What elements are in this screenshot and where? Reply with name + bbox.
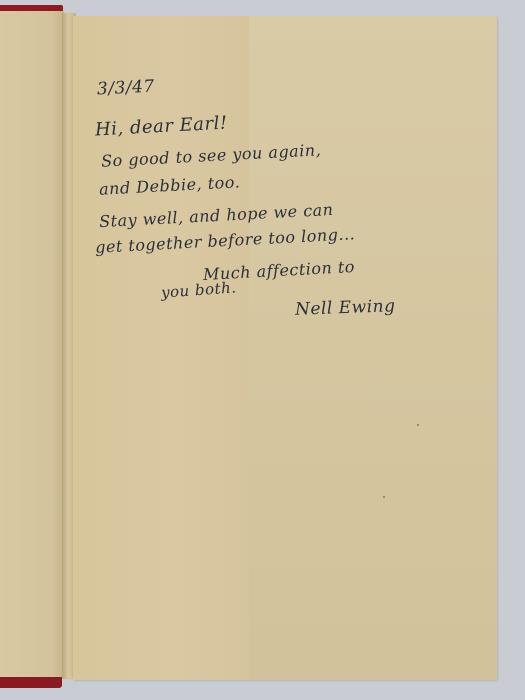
inscribed-page: 3/3/47 Hi, dear Earl! So good to see you… xyxy=(73,16,497,680)
inscription-date: 3/3/47 xyxy=(97,77,156,100)
paper-speck xyxy=(383,496,385,498)
paper-light-area xyxy=(249,16,497,680)
paper-speck xyxy=(417,424,419,426)
book-cover-bottom-edge xyxy=(0,677,62,688)
inscription-signature: Nell Ewing xyxy=(295,296,396,319)
left-endpaper xyxy=(0,11,64,679)
book-photo: 3/3/47 Hi, dear Earl! So good to see you… xyxy=(0,0,525,700)
